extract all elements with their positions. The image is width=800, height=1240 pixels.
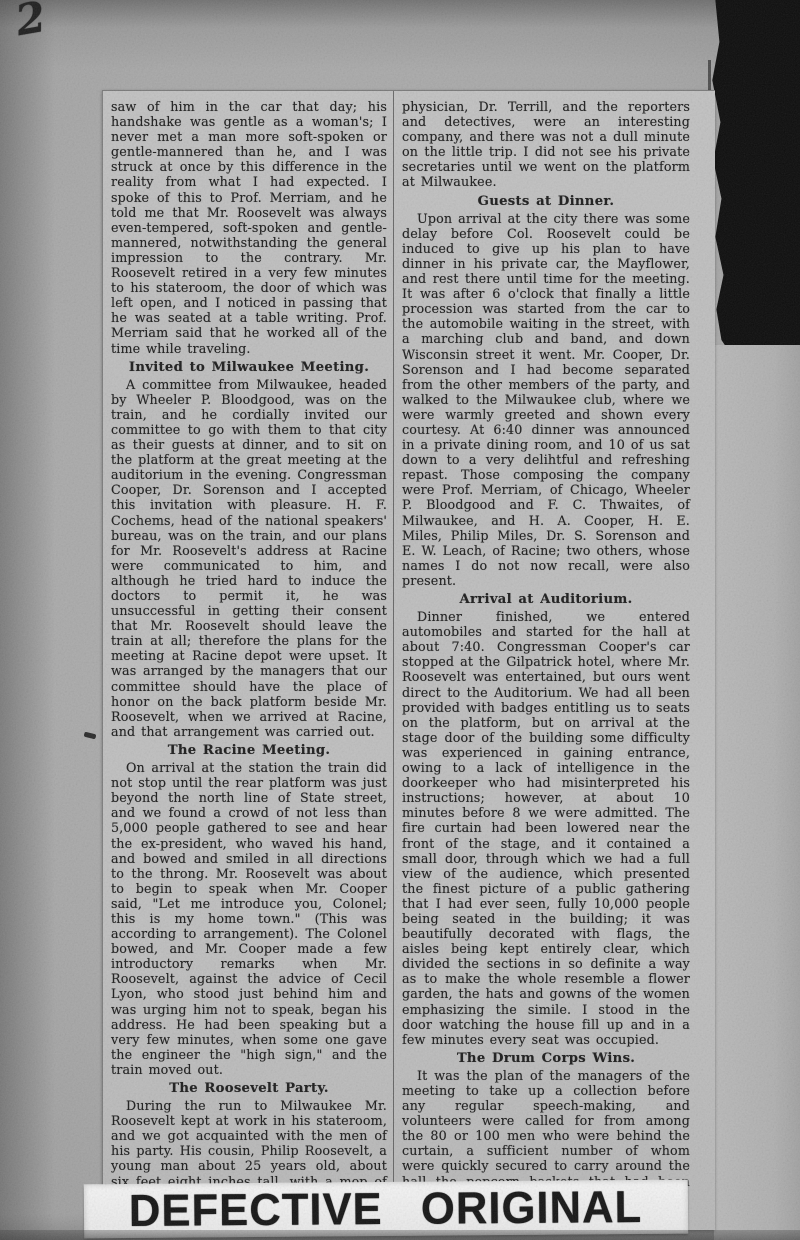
article-paragraph: On arrival at the station the train did … xyxy=(111,760,387,1077)
section-heading-arrival-at-auditorium: Arrival at Auditorium. xyxy=(402,592,690,607)
defective-original-stamp-text: DEFECTIVE ORIGINAL xyxy=(129,1181,643,1237)
section-heading-invited-to-milwaukee: Invited to Milwaukee Meeting. xyxy=(111,360,387,375)
section-heading-drum-corps-wins: The Drum Corps Wins. xyxy=(402,1051,690,1066)
right-margin-paper xyxy=(714,345,800,1240)
article-paragraph: Dinner finished, we entered automobiles … xyxy=(402,609,690,1047)
bottom-scan-edge xyxy=(0,1230,800,1240)
section-heading-guests-at-dinner: Guests at Dinner. xyxy=(402,194,690,209)
section-heading-racine-meeting: The Racine Meeting. xyxy=(111,743,387,758)
scanned-newspaper-page: 2 saw of him in the car that day; his ha… xyxy=(0,0,800,1240)
handwritten-page-number: 2 xyxy=(12,0,49,45)
article-column-1: saw of him in the car that day; his hand… xyxy=(103,91,393,1230)
article-column-2: physician, Dr. Terrill, and the reporter… xyxy=(393,91,696,1230)
article-paragraph: A committee from Milwaukee, headed by Wh… xyxy=(111,377,387,739)
article-paragraph: Upon arrival at the city there was some … xyxy=(402,211,690,588)
article-paragraph: physician, Dr. Terrill, and the reporter… xyxy=(402,99,690,190)
ink-smudge xyxy=(84,732,97,740)
newspaper-clipping: saw of him in the car that day; his hand… xyxy=(102,90,715,1230)
article-paragraph: saw of him in the car that day; his hand… xyxy=(111,99,387,356)
section-heading-roosevelt-party: The Roosevelt Party. xyxy=(111,1081,387,1096)
